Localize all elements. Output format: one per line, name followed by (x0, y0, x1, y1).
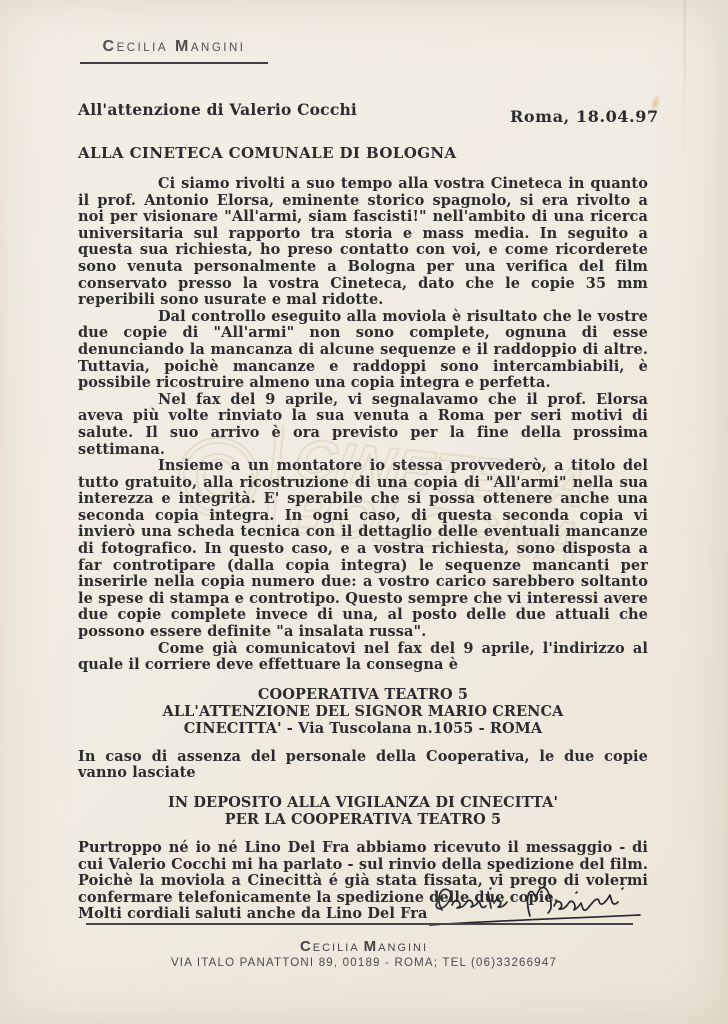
delivery-address-line3: CINECITTA' - Via Tuscolana n.1055 - ROMA (78, 720, 648, 737)
paragraph-1: Ci siamo rivolti a suo tempo alla vostra… (78, 176, 648, 309)
footer-initial-first: C (300, 938, 313, 955)
footer-rule (86, 923, 633, 925)
paragraph-6: In caso di assenza del personale della C… (78, 749, 648, 782)
paper-fold-mark (683, 0, 686, 170)
date-line: Roma, 18.04.97 (510, 107, 659, 126)
footer-address: VIA ITALO PANATTONI 89, 00189 - ROMA; TE… (0, 957, 728, 969)
recipient-salutation: ALLA CINETECA COMUNALE DI BOLOGNA (78, 144, 457, 162)
footer-rest-last: ANGINI (378, 942, 428, 954)
scanned-letter-page: © CINETECA BOLOGNA CECILIAMANGINI All'at… (0, 0, 728, 1024)
letterhead-name: CECILIAMANGINI (80, 38, 268, 56)
deposit-notice-line1: IN DEPOSITO ALLA VIGILANZA DI CINECITTA' (78, 794, 648, 811)
footer-name: CECILIAMANGINI (0, 938, 728, 955)
paragraph-2: Dal controllo eseguito alla moviola è ri… (78, 309, 648, 392)
deposit-notice-line2: PER LA COOPERATIVA TEATRO 5 (78, 811, 648, 828)
paragraph-3: Nel fax del 9 aprile, vi segnalavamo che… (78, 392, 648, 458)
footer-rest-first: ECILIA (313, 942, 360, 954)
paragraph-5: Come già comunicatovi nel fax del 9 apri… (78, 641, 648, 674)
delivery-address-line2: ALL'ATTENZIONE DEL SIGNOR MARIO CRENCA (78, 703, 648, 720)
footer-initial-last: M (364, 938, 379, 955)
deposit-notice-block: IN DEPOSITO ALLA VIGILANZA DI CINECITTA'… (78, 794, 648, 828)
letterhead-rest-first: ECILIA (117, 42, 168, 54)
letterhead-initial-first: C (103, 38, 117, 55)
signature-svg (426, 876, 644, 930)
delivery-address-block: COOPERATIVA TEATRO 5 ALL'ATTENZIONE DEL … (78, 686, 648, 737)
letter-body: Ci siamo rivolti a suo tempo alla vostra… (78, 176, 648, 923)
letterhead-initial-last: M (175, 38, 191, 55)
delivery-address-line1: COOPERATIVA TEATRO 5 (78, 686, 648, 703)
signature-handwriting (426, 876, 644, 934)
letterhead-rule (80, 62, 268, 64)
attention-line: All'attenzione di Valerio Cocchi (78, 100, 357, 119)
letterhead-rest-last: ANGINI (191, 42, 246, 54)
paragraph-4: Insieme a un montatore io stessa provved… (78, 458, 648, 641)
